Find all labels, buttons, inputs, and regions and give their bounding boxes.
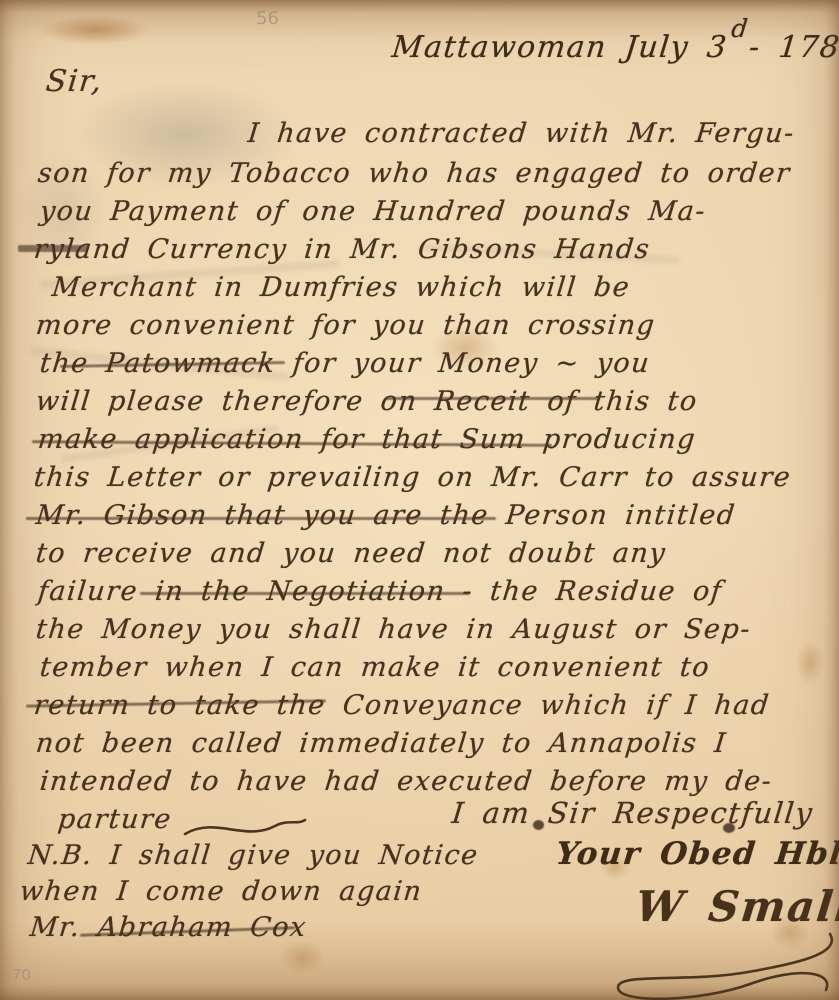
postscript-line: when I come down again bbox=[18, 876, 424, 907]
body-line: will please therefore on Receit of this … bbox=[34, 386, 699, 417]
pencil-annotation: 70 bbox=[12, 966, 31, 984]
foxing-spot bbox=[280, 940, 325, 975]
closing-line: I am Sir Respectfully bbox=[450, 796, 815, 830]
body-line: tember when I can make it convenient to bbox=[38, 652, 711, 683]
dateline: Mattawoman July 3d- 1786 bbox=[390, 30, 839, 65]
body-line: I have contracted with Mr. Fergu- bbox=[246, 118, 796, 149]
body-line: parture bbox=[56, 804, 173, 835]
dateline-year: - 1786 bbox=[747, 30, 839, 65]
body-line: make application for that Sum producing bbox=[36, 424, 697, 455]
postscript-line: N.B. I shall give you Notice bbox=[26, 840, 480, 871]
body-line: you Payment of one Hundred pounds Ma- bbox=[38, 196, 707, 227]
body-line: the Money you shall have in August or Se… bbox=[34, 614, 752, 645]
body-line: this Letter or prevailing on Mr. Carr to… bbox=[32, 462, 792, 493]
letter-scan: 56 70 Mattawoman July 3d- 1786 Sir, I ha… bbox=[0, 0, 839, 1000]
postscript-line: Mr. Abraham Cox bbox=[28, 912, 308, 943]
foxing-spot bbox=[795, 640, 825, 685]
body-line: not been called immediately to Annapolis… bbox=[34, 728, 728, 759]
body-line: ryland Currency in Mr. Gibsons Hands bbox=[32, 234, 652, 265]
signature-flourish bbox=[608, 928, 836, 998]
body-line: return to take the Conveyance which if I… bbox=[32, 690, 771, 721]
body-line: to receive and you need not doubt any bbox=[34, 538, 667, 569]
body-line: Merchant in Dumfries which will be bbox=[50, 272, 632, 303]
body-line: intended to have had executed before my … bbox=[38, 766, 774, 797]
pencil-annotation: 56 bbox=[256, 8, 279, 29]
dateline-place-day: Mattawoman July 3 bbox=[390, 30, 729, 65]
body-line: the Patowmack for your Money ~ you bbox=[38, 348, 651, 379]
pen-swash bbox=[180, 812, 310, 842]
closing-line: Your Obed Hble Servt bbox=[554, 836, 839, 872]
body-line: more convenient for you than crossing bbox=[34, 310, 657, 341]
rust-stain bbox=[40, 15, 150, 45]
salutation: Sir, bbox=[44, 64, 104, 99]
body-line: son for my Tobacco who has engaged to or… bbox=[36, 158, 792, 189]
dateline-superscript: d bbox=[730, 14, 751, 43]
body-line: Mr. Gibson that you are the Person intit… bbox=[34, 500, 737, 531]
signature: W Smallwood bbox=[633, 882, 839, 931]
body-line: failure in the Negotiation - the Residue… bbox=[36, 576, 724, 607]
